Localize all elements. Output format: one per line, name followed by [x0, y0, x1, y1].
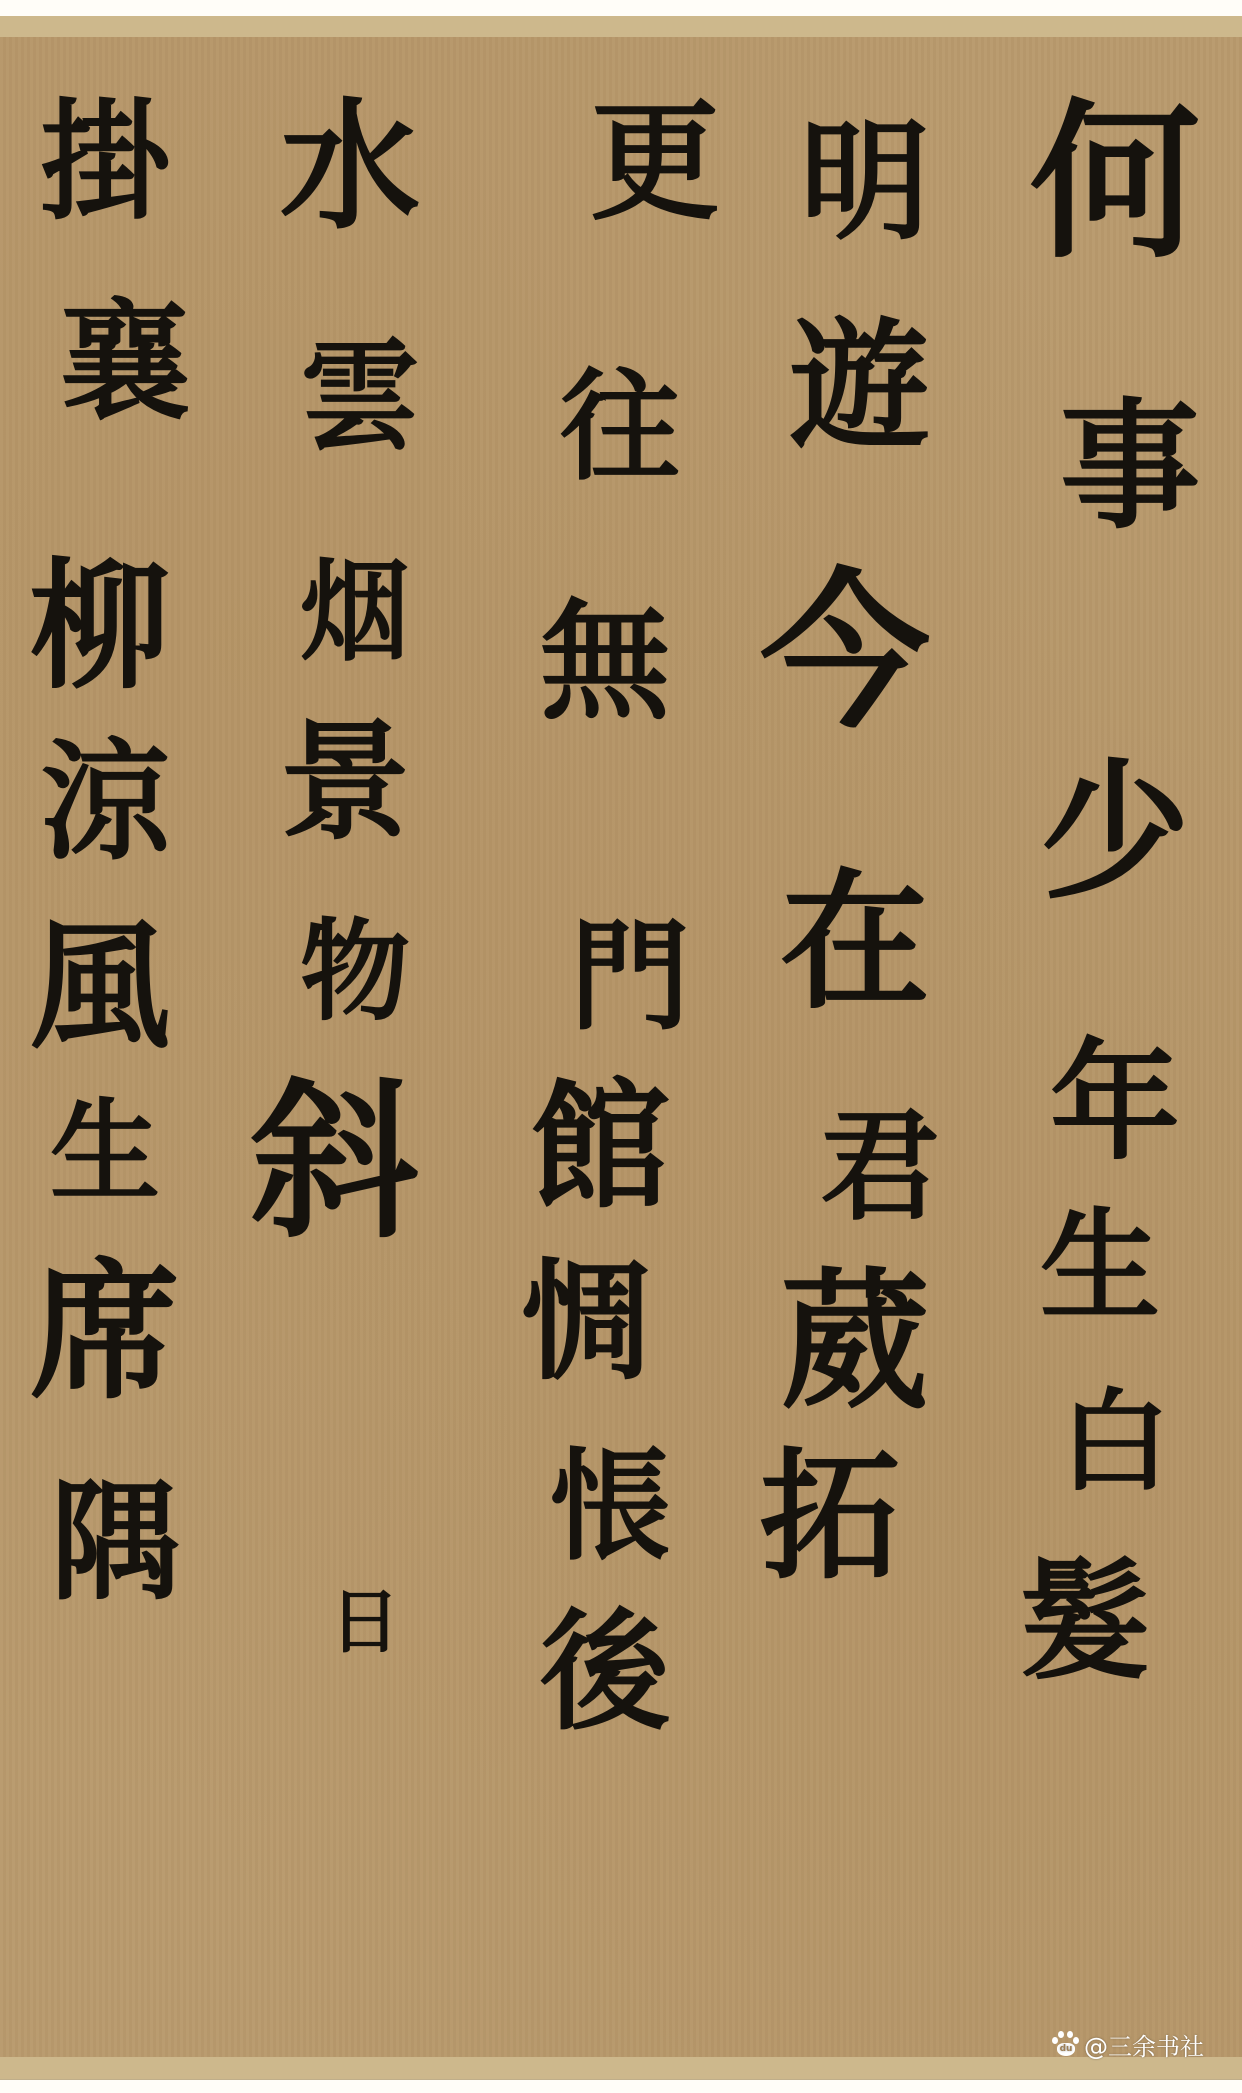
char: 景 [280, 717, 410, 847]
char: 白 [1060, 1387, 1170, 1497]
char: 烟 [300, 557, 410, 667]
char: 柳 [30, 557, 170, 697]
char: 後 [540, 1607, 670, 1737]
char: 更 [590, 97, 720, 227]
char: 物 [300, 917, 410, 1027]
char: 明 [800, 117, 930, 247]
char: 日 [330, 1587, 400, 1657]
watermark-handle: @三余书社 [1084, 2027, 1204, 2062]
baidu-paw-icon: du [1052, 2031, 1080, 2057]
char: 事 [1060, 397, 1200, 537]
calligraphy-paper: 何 事 少 年 生 白 髮 明 遊 今 在 君 葳 拓 更 往 無 門 館 惆 … [0, 37, 1242, 2057]
char: 涼 [40, 737, 170, 867]
char: 在 [780, 867, 930, 1017]
char: 門 [570, 917, 690, 1037]
mount-band-top [0, 16, 1242, 38]
char: 掛 [40, 97, 170, 227]
char: 無 [540, 597, 670, 727]
char: 髮 [1020, 1557, 1150, 1687]
char: 少 [1040, 757, 1190, 907]
char: 席 [30, 1257, 180, 1407]
watermark: du @三余书社 [1052, 2030, 1204, 2058]
char: 館 [530, 1077, 670, 1217]
mount-band-bottom [0, 2057, 1242, 2080]
char: 斜 [250, 1077, 420, 1247]
char: 今 [760, 567, 930, 737]
char: 惆 [520, 1257, 650, 1387]
char: 往 [560, 367, 680, 487]
char: 年 [1050, 1037, 1180, 1167]
char: 生 [1040, 1207, 1160, 1327]
char: 風 [30, 917, 170, 1057]
char: 水 [280, 97, 420, 237]
char: 葳 [780, 1267, 930, 1417]
char: 君 [820, 1107, 940, 1227]
char: 雲 [300, 337, 420, 457]
char: 隅 [50, 1477, 180, 1607]
char: 何 [1030, 97, 1200, 267]
char: 襄 [60, 297, 190, 427]
char: 拓 [760, 1447, 900, 1587]
char: 生 [50, 1097, 160, 1207]
char: 遊 [790, 317, 930, 457]
char: 悵 [550, 1447, 670, 1567]
